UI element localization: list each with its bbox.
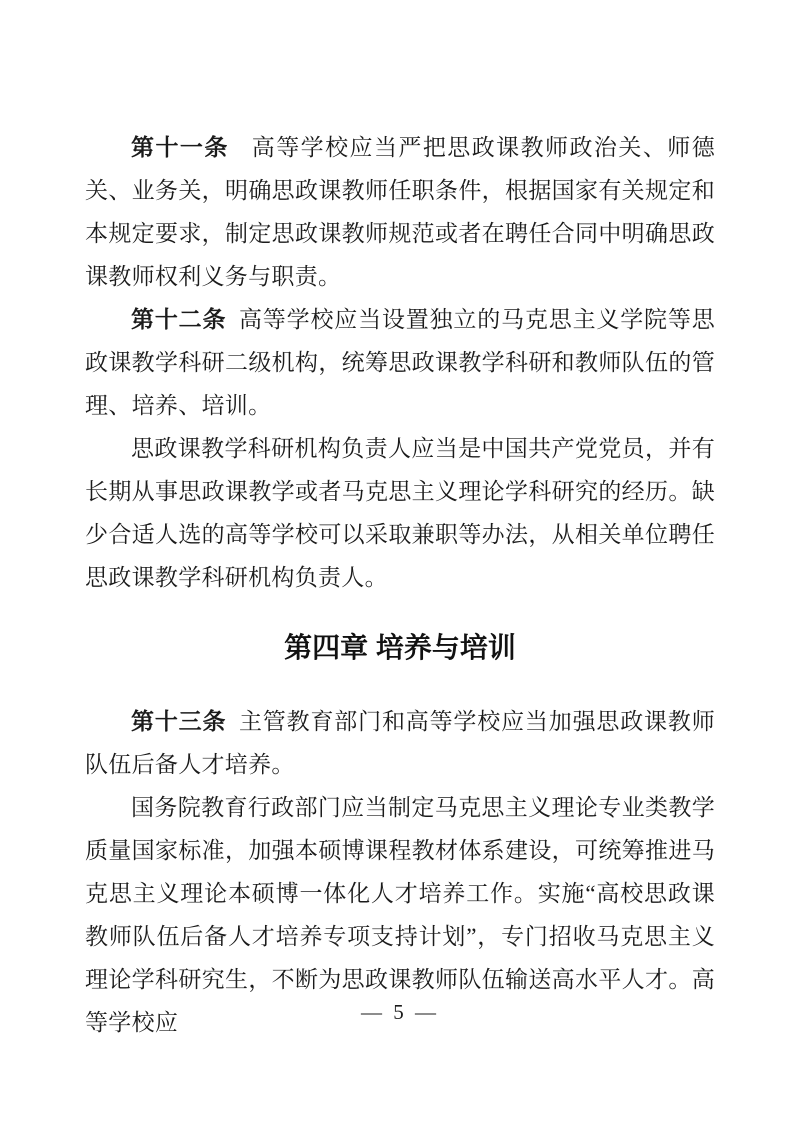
article-13-paragraph: 第十三条主管教育部门和高等学校应当加强思政课教师队伍后备人才培养。	[85, 700, 715, 786]
state-council-text: 国务院教育行政部门应当制定马克思主义理论专业类教学质量国家标准，加强本硕博课程教…	[85, 795, 715, 1035]
article-12-number: 第十二条	[131, 307, 226, 332]
article-12-paragraph: 第十二条高等学校应当设置独立的马克思主义学院等思政课教学科研二级机构，统筹思政课…	[85, 298, 715, 427]
page-number: — 5 —	[0, 1000, 800, 1025]
page-content: 第十一条高等学校应当严把思政课教师政治关、师德关、业务关，明确思政课教师任职条件…	[0, 0, 800, 1044]
chapter-4-heading: 第四章 培养与培训	[85, 626, 715, 669]
article-11-number: 第十一条	[131, 135, 229, 160]
institution-head-paragraph: 思政课教学科研机构负责人应当是中国共产党党员，并有长期从事思政课教学或者马克思主…	[85, 427, 715, 599]
document-page: 第十一条高等学校应当严把思政课教师政治关、师德关、业务关，明确思政课教师任职条件…	[0, 0, 800, 1132]
article-13-number: 第十三条	[131, 709, 226, 734]
article-11-paragraph: 第十一条高等学校应当严把思政课教师政治关、师德关、业务关，明确思政课教师任职条件…	[85, 126, 715, 298]
institution-head-text: 思政课教学科研机构负责人应当是中国共产党党员，并有长期从事思政课教学或者马克思主…	[85, 436, 715, 590]
